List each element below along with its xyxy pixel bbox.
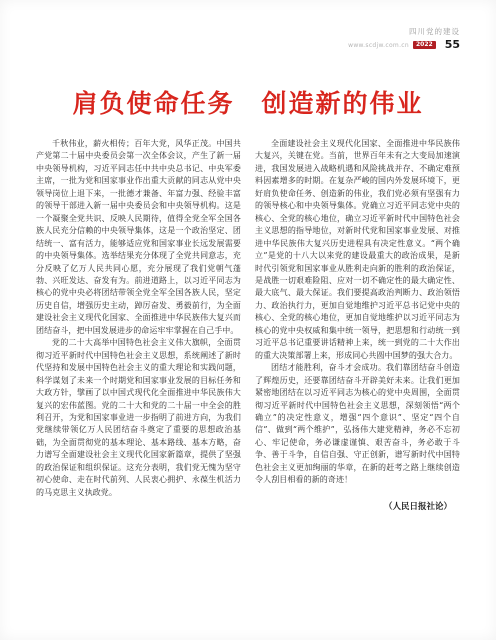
paragraph-4: 团结才能胜利，奋斗才会成功。我们靠团结奋斗创造了辉煌历史，还要靠团结奋斗开辟美好… <box>255 362 460 487</box>
running-head-line2: www.scdjw.com.cn 2022 55 <box>348 38 460 52</box>
website-url: www.scdjw.com.cn <box>348 42 409 50</box>
article-title: 肩负使命任务 创造新的伟业 <box>0 84 496 120</box>
article-body: 千秋伟业，薪火相传；百年大党，风华正茂。中国共产党第二十届中央委员会第一次全体会… <box>36 138 460 513</box>
issue-badge: 2022 <box>413 41 436 49</box>
left-column: 千秋伟业，薪火相传；百年大党，风华正茂。中国共产党第二十届中央委员会第一次全体会… <box>36 138 241 513</box>
article-byline: （人民日报社论） <box>255 501 460 513</box>
paragraph-1: 千秋伟业，薪火相传；百年大党，风华正茂。中国共产党第二十届中央委员会第一次全体会… <box>36 138 241 337</box>
right-column: 全面建设社会主义现代化国家、全面推进中华民族伟大复兴，关键在党。当前，世界百年未… <box>255 138 460 513</box>
masthead-title: 四川党的建设 <box>348 27 460 36</box>
paragraph-3: 全面建设社会主义现代化国家、全面推进中华民族伟大复兴，关键在党。当前，世界百年未… <box>255 138 460 362</box>
paragraph-2: 党的二十大高举中国特色社会主义伟大旗帜，全面贯彻习近平新时代中国特色社会主义思想… <box>36 337 241 499</box>
running-head: 四川党的建设 www.scdjw.com.cn 2022 55 <box>348 27 460 52</box>
page-number: 55 <box>445 38 460 52</box>
magazine-page: 四川党的建设 www.scdjw.com.cn 2022 55 肩负使命任务 创… <box>0 0 496 640</box>
